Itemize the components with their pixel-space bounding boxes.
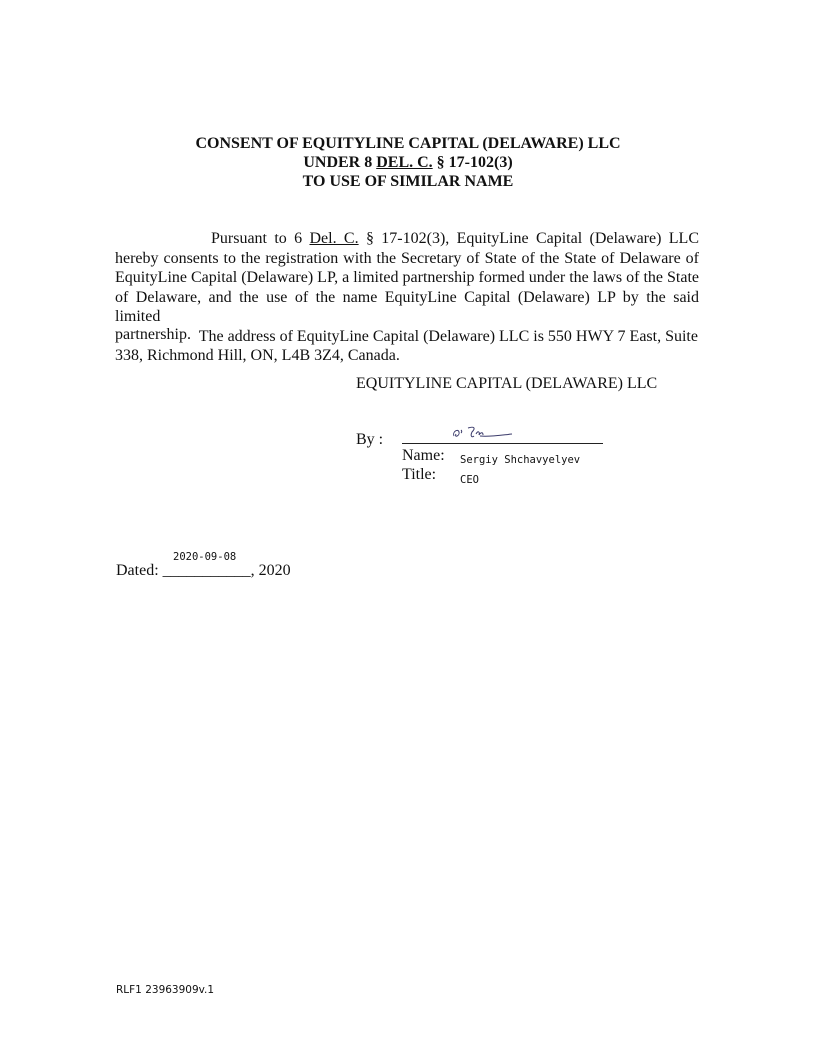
body-line-4: of Delaware, and the use of the name Equ… (115, 288, 699, 327)
body-line-5b: The address of EquityLine Capital (Delaw… (199, 328, 698, 345)
document-title: CONSENT OF EQUITYLINE CAPITAL (DELAWARE)… (0, 134, 816, 191)
body-line-5: partnership. The address of EquityLine C… (115, 327, 699, 347)
title-label: Title: (402, 466, 436, 484)
date-blank: ___________ (163, 562, 251, 579)
body-paragraph: Pursuant to 6 Del. C. § 17-102(3), Equit… (115, 229, 699, 366)
document-footer-id: RLF1 23963909v.1 (116, 984, 214, 996)
name-label: Name: (402, 447, 445, 465)
name-value: Sergiy Shchavyelyev (460, 454, 580, 466)
dated-label: Dated: (116, 562, 159, 579)
dated-line: Dated: ___________, 2020 (116, 562, 291, 580)
body-line-1: Pursuant to 6 Del. C. § 17-102(3), Equit… (115, 229, 699, 249)
by-label: By : (356, 431, 383, 449)
body-line-1-prefix: Pursuant to 6 (211, 230, 309, 247)
title-line-2: UNDER 8 DEL. C. § 17-102(3) (0, 153, 816, 172)
signature-icon (450, 422, 520, 449)
body-line-2: hereby consents to the registration with… (115, 249, 699, 269)
body-line-1-suffix: § 17-102(3), EquityLine Capital (Delawar… (359, 230, 699, 247)
signatory-entity: EQUITYLINE CAPITAL (DELAWARE) LLC (356, 375, 657, 393)
body-citation: Del. C. (309, 230, 358, 247)
title-line-2-citation: DEL. C. (376, 154, 432, 171)
body-line-6: 338, Richmond Hill, ON, L4B 3Z4, Canada. (115, 346, 699, 366)
signature-line (402, 443, 603, 444)
body-line-3: EquityLine Capital (Delaware) LP, a limi… (115, 268, 699, 288)
body-line-5a: partnership. (115, 326, 191, 343)
title-line-1: CONSENT OF EQUITYLINE CAPITAL (DELAWARE)… (0, 134, 816, 153)
title-value: CEO (460, 474, 479, 486)
title-line-2-suffix: § 17-102(3) (433, 154, 513, 171)
title-line-2-prefix: UNDER 8 (303, 154, 376, 171)
dated-year: , 2020 (251, 562, 291, 579)
title-line-3: TO USE OF SIMILAR NAME (0, 172, 816, 191)
